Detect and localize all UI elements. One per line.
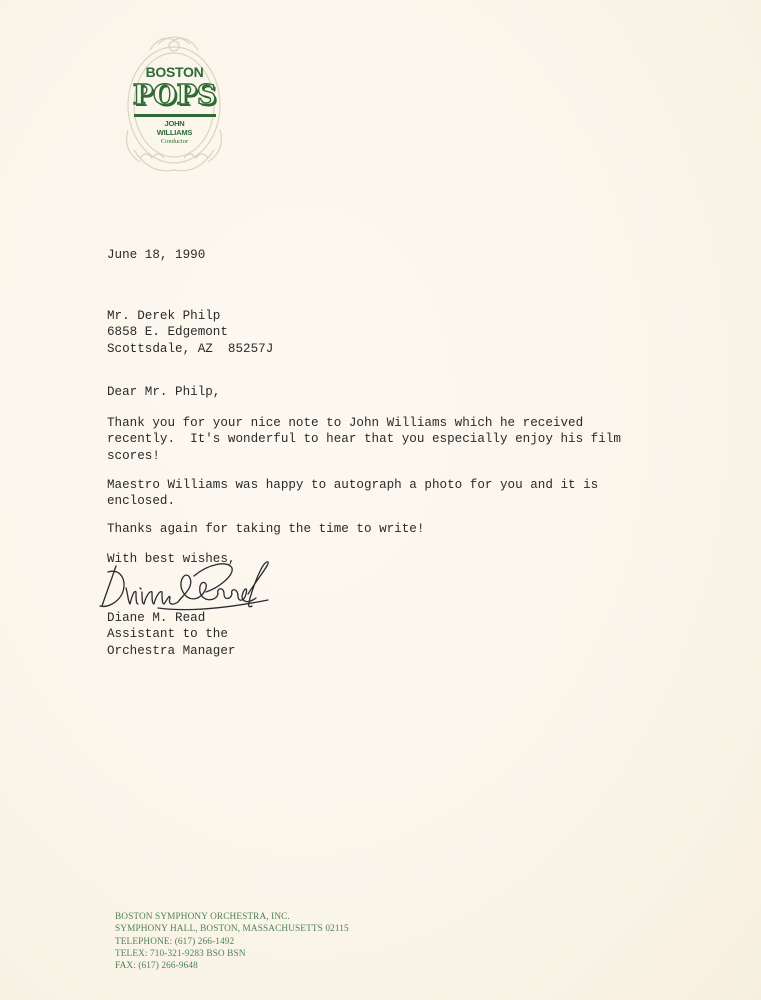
salutation: Dear Mr. Philp, <box>107 384 220 400</box>
boston-pops-logo: BOSTON POPS JOHN WILLIAMS Conductor <box>112 22 237 182</box>
paragraph-3: Thanks again for taking the time to writ… <box>107 521 424 537</box>
signer-name: Diane M. Read <box>107 610 235 626</box>
logo-underline <box>134 114 216 117</box>
signer-title-line-1: Assistant to the <box>107 626 235 642</box>
footer-telephone: TELEPHONE: (617) 266-1492 <box>115 936 349 948</box>
letterhead-footer: BOSTON SYMPHONY ORCHESTRA, INC. SYMPHONY… <box>115 911 349 972</box>
logo-pops-text: POPS <box>112 80 237 111</box>
logo-conductor-first-name: JOHN <box>112 119 237 128</box>
paragraph-line: recently. It's wonderful to hear that yo… <box>107 431 621 447</box>
paragraph-line: Thank you for your nice note to John Wil… <box>107 415 621 431</box>
paragraph-line: Maestro Williams was happy to autograph … <box>107 477 598 493</box>
recipient-address: Mr. Derek Philp6858 E. EdgemontScottsdal… <box>107 308 273 357</box>
footer-address: SYMPHONY HALL, BOSTON, MASSACHUSETTS 021… <box>115 923 349 935</box>
footer-org: BOSTON SYMPHONY ORCHESTRA, INC. <box>115 911 349 923</box>
recipient-street: 6858 E. Edgemont <box>107 324 273 340</box>
signer-title-line-2: Orchestra Manager <box>107 643 235 659</box>
recipient-name: Mr. Derek Philp <box>107 308 273 324</box>
footer-telex: TELEX: 710-321-9283 BSO BSN <box>115 948 349 960</box>
signer-block: Diane M. ReadAssistant to theOrchestra M… <box>107 610 235 659</box>
logo-conductor-last-name: WILLIAMS <box>112 128 237 137</box>
letter-date: June 18, 1990 <box>107 247 205 263</box>
recipient-city: Scottsdale, AZ 85257J <box>107 341 273 357</box>
handwritten-signature <box>98 558 278 618</box>
paragraph-line: enclosed. <box>107 493 598 509</box>
paragraph-line: scores! <box>107 448 621 464</box>
logo-boston-text: BOSTON <box>112 64 237 80</box>
paragraph-line: Thanks again for taking the time to writ… <box>107 521 424 537</box>
footer-fax: FAX: (617) 266-9648 <box>115 960 349 972</box>
logo-conductor-title: Conductor <box>112 138 237 145</box>
paragraph-1: Thank you for your nice note to John Wil… <box>107 415 621 464</box>
paragraph-2: Maestro Williams was happy to autograph … <box>107 477 598 510</box>
